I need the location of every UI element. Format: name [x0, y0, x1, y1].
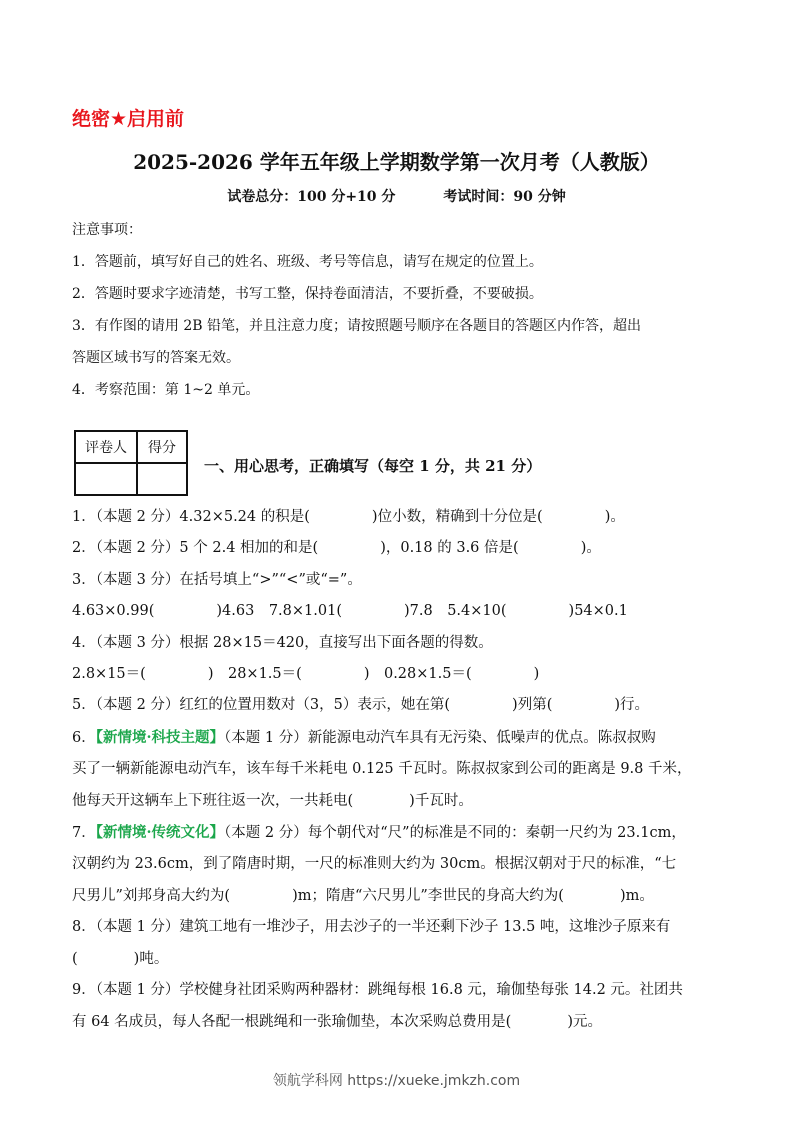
total-score: 试卷总分：100 分+10 分	[227, 189, 395, 205]
score-header: 得分	[137, 431, 187, 463]
question-5: 5．（本题 2 分）红红的位置用数对（3，5）表示，她在第()列第()行。	[72, 690, 732, 721]
question-7-line: 尺男儿”刘邦身高大约为()m；隋唐“六尺男儿”李世民的身高大约为()m。	[72, 881, 732, 912]
question-9: 9．（本题 1 分）学校健身社团采购两种器材：跳绳每根 16.8 元，瑜伽垫每张…	[72, 975, 732, 1006]
question-3: 3．（本题 3 分）在括号填上“>”“<”或“=”。	[72, 565, 732, 596]
notes-heading: 注意事项：	[72, 214, 722, 246]
notes-section: 注意事项： 1．答题前，填写好自己的姓名、班级、考号等信息，请写在规定的位置上。…	[72, 214, 722, 406]
question-1: 1．（本题 2 分）4.32×5.24 的积是()位小数，精确到十分位是()。	[72, 502, 732, 533]
score-cell[interactable]	[137, 463, 187, 495]
exam-time: 考试时间：90 分钟	[443, 189, 565, 205]
exam-page: 绝密★启用前 2025-2026 学年五年级上学期数学第一次月考（人教版） 试卷…	[0, 0, 793, 1122]
question-3-items: 4.63×0.99()4.63 7.8×1.01()7.8 5.4×10()54…	[72, 596, 732, 627]
note-item: 4．考察范围：第 1~2 单元。	[72, 374, 722, 406]
note-item: 1．答题前，填写好自己的姓名、班级、考号等信息，请写在规定的位置上。	[72, 246, 722, 278]
question-6-line: 买了一辆新能源电动汽车，该车每千米耗电 0.125 千瓦时。陈叔叔家到公司的距离…	[72, 754, 732, 785]
grading-table: 评卷人 得分	[74, 430, 188, 496]
questions-list: 1．（本题 2 分）4.32×5.24 的积是()位小数，精确到十分位是()。 …	[72, 502, 732, 1038]
topic-tag: 【新情境·科技主题】	[96, 729, 224, 746]
exam-title: 2025-2026 学年五年级上学期数学第一次月考（人教版）	[0, 146, 793, 175]
question-8-line: ()吨。	[72, 944, 732, 975]
question-6-line: 他每天开这辆车上下班往返一次，一共耗电()千瓦时。	[72, 786, 732, 817]
question-6: 6．【新情境·科技主题】（本题 1 分）新能源电动汽车具有无污染、低噪声的优点。…	[72, 722, 732, 754]
footer-watermark: 领航学科网 https://xueke.jmkzh.com	[0, 1070, 793, 1090]
question-2: 2．（本题 2 分）5 个 2.4 相加的和是()，0.18 的 3.6 倍是(…	[72, 533, 732, 564]
exam-meta: 试卷总分：100 分+10 分考试时间：90 分钟	[0, 186, 793, 206]
section-1-title: 一、用心思考，正确填写（每空 1 分，共 21 分）	[204, 455, 541, 476]
grader-header: 评卷人	[75, 431, 137, 463]
note-item: 3．有作图的请用 2B 铅笔，并且注意力度；请按照题号顺序在各题目的答题区内作答…	[72, 310, 722, 342]
question-4: 4．（本题 3 分）根据 28×15＝420，直接写出下面各题的得数。	[72, 628, 732, 659]
note-item: 2．答题时要求字迹清楚，书写工整，保持卷面清洁，不要折叠，不要破损。	[72, 278, 722, 310]
question-8: 8．（本题 1 分）建筑工地有一堆沙子，用去沙子的一半还剩下沙子 13.5 吨，…	[72, 912, 732, 943]
topic-tag: 【新情境·传统文化】	[96, 824, 224, 841]
question-7-line: 汉朝约为 23.6cm，到了隋唐时期，一尺的标准则大约为 30cm。根据汉朝对于…	[72, 849, 732, 880]
note-item: 答题区域书写的答案无效。	[72, 342, 722, 374]
grader-cell[interactable]	[75, 463, 137, 495]
question-9-line: 有 64 名成员，每人各配一根跳绳和一张瑜伽垫，本次采购总费用是()元。	[72, 1007, 732, 1038]
question-7: 7．【新情境·传统文化】（本题 2 分）每个朝代对“尺”的标准是不同的：秦朝一尺…	[72, 817, 732, 849]
confidential-label: 绝密★启用前	[72, 104, 184, 131]
question-4-items: 2.8×15＝() 28×1.5＝() 0.28×1.5＝()	[72, 659, 732, 690]
